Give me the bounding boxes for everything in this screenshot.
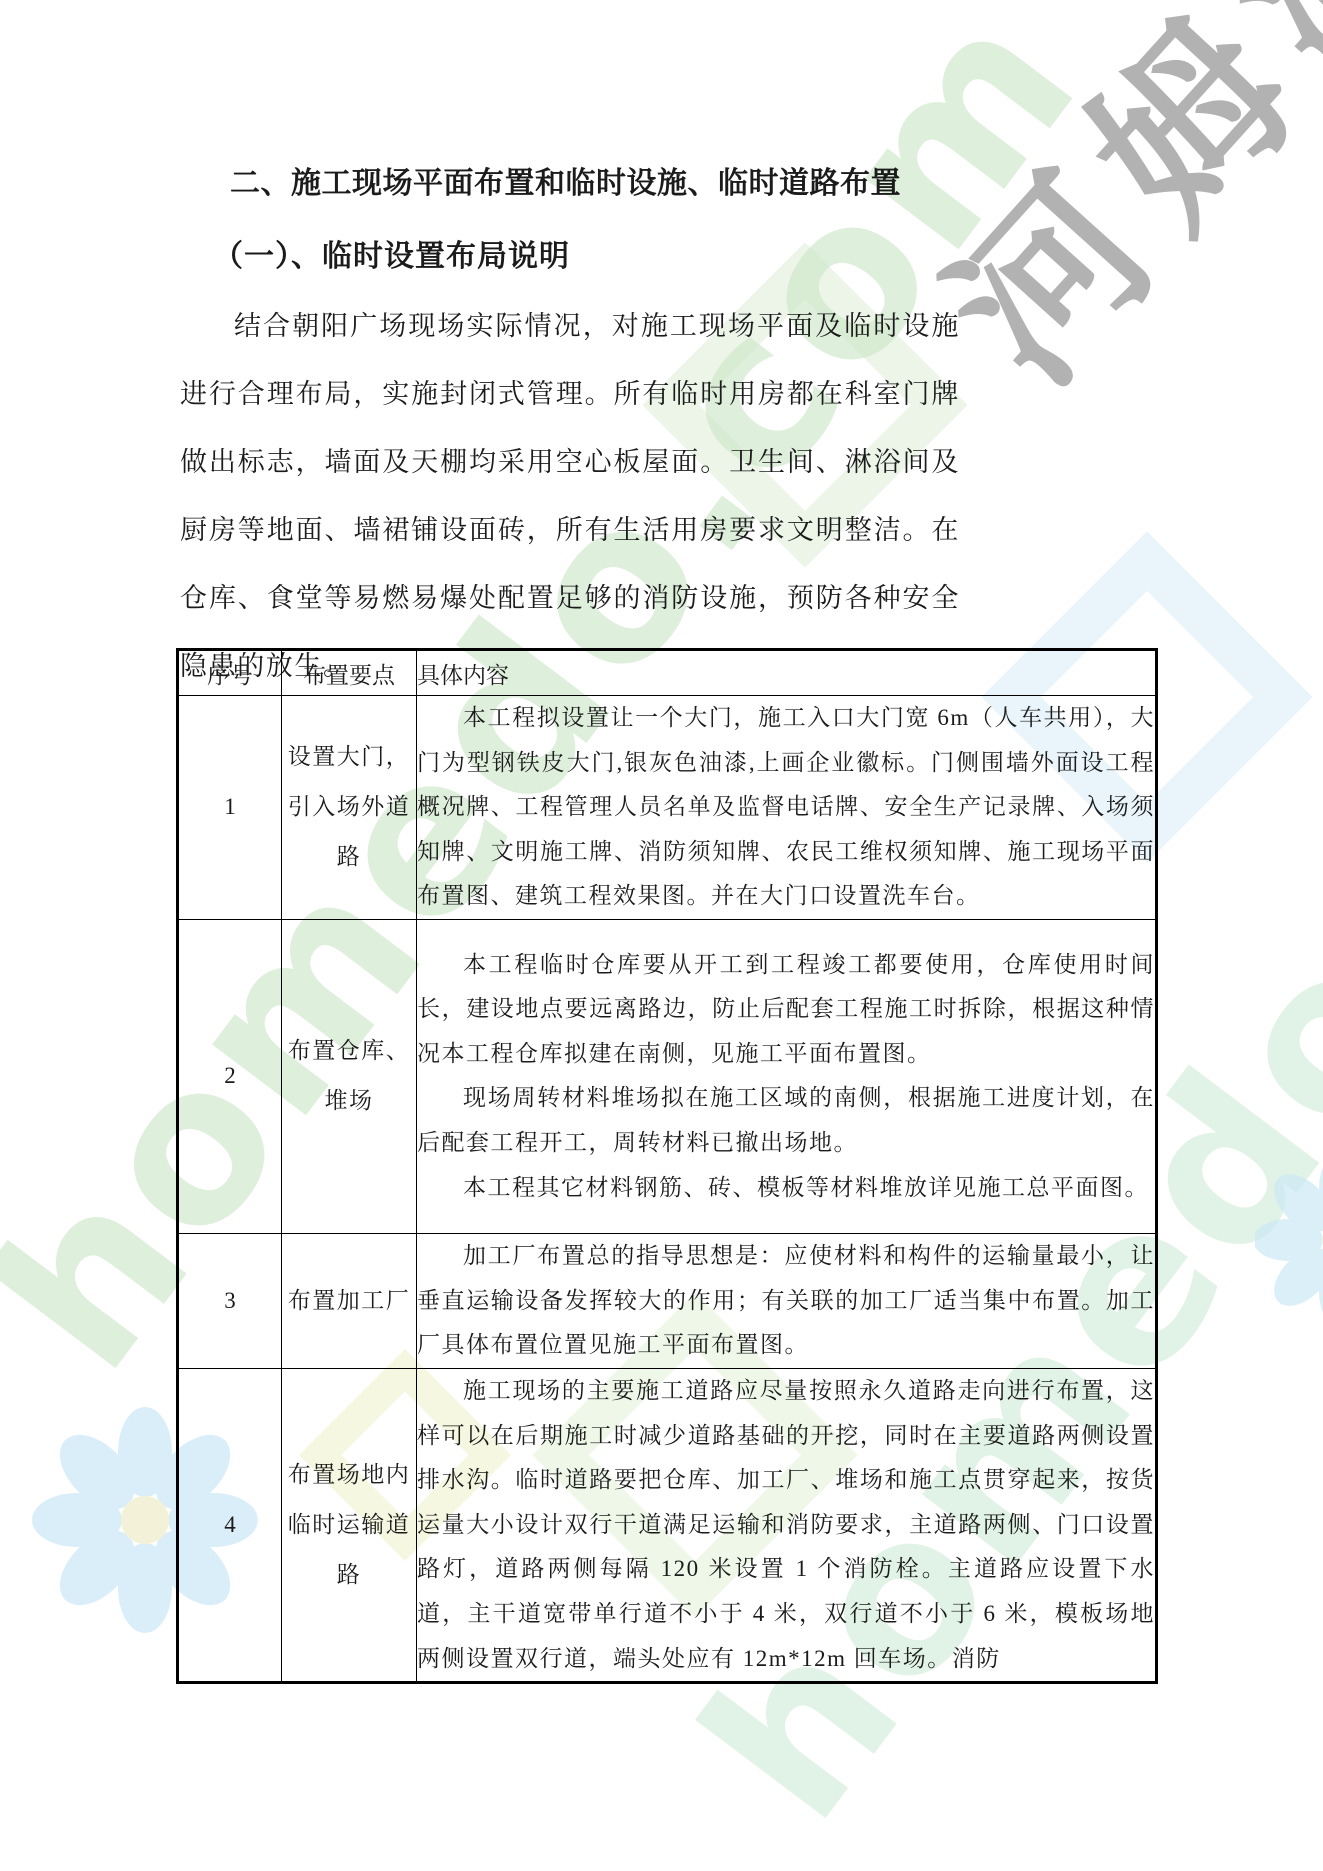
detail-content-cell: 本工程临时仓库要从开工到工程竣工都要使用，仓库使用时间长，建设地点要远离路边，防… bbox=[417, 919, 1157, 1233]
layout-point-cell: 布置加工厂 bbox=[282, 1233, 417, 1368]
detail-paragraph: 施工现场的主要施工道路应尽量按照永久道路走向进行布置，这样可以在后期施工时减少道… bbox=[417, 1369, 1155, 1681]
table-header-row: 序号布置要点具体内容 bbox=[178, 650, 1157, 696]
detail-paragraph: 本工程临时仓库要从开工到工程竣工都要使用，仓库使用时间长，建设地点要远离路边，防… bbox=[417, 943, 1155, 1077]
column-header: 具体内容 bbox=[417, 650, 1157, 696]
layout-point-cell: 设置大门，引入场外道路 bbox=[282, 696, 417, 920]
document-page: homedo.com homedo.com 河姆渡 bbox=[0, 0, 1323, 1871]
column-header: 布置要点 bbox=[282, 650, 417, 696]
detail-content-cell: 加工厂布置总的指导思想是：应使材料和构件的运输量最小，让垂直运输设备发挥较大的作… bbox=[417, 1233, 1157, 1368]
table-row: 1设置大门，引入场外道路本工程拟设置让一个大门，施工入口大门宽 6m（人车共用）… bbox=[178, 696, 1157, 920]
row-number-cell: 3 bbox=[178, 1233, 282, 1368]
detail-paragraph: 本工程拟设置让一个大门，施工入口大门宽 6m（人车共用），大门为型钢铁皮大门,银… bbox=[417, 696, 1155, 919]
detail-paragraph: 加工厂布置总的指导思想是：应使材料和构件的运输量最小，让垂直运输设备发挥较大的作… bbox=[417, 1234, 1155, 1368]
layout-point-cell: 布置仓库、堆场 bbox=[282, 919, 417, 1233]
row-number-cell: 2 bbox=[178, 919, 282, 1233]
site-layout-table: 序号布置要点具体内容 1设置大门，引入场外道路本工程拟设置让一个大门，施工入口大… bbox=[176, 648, 1158, 1684]
detail-paragraph: 现场周转材料堆场拟在施工区域的南侧，根据施工进度计划，在后配套工程开工，周转材料… bbox=[417, 1076, 1155, 1165]
row-number-cell: 4 bbox=[178, 1368, 282, 1682]
column-header: 序号 bbox=[178, 650, 282, 696]
row-number-cell: 1 bbox=[178, 696, 282, 920]
intro-paragraph: 结合朝阳广场现场实际情况，对施工现场平面及临时设施进行合理布局，实施封闭式管理。… bbox=[180, 292, 960, 700]
detail-paragraph: 本工程其它材料钢筋、砖、模板等材料堆放详见施工总平面图。 bbox=[417, 1166, 1155, 1211]
subsection-title: （一）、临时设置布局说明 bbox=[213, 231, 570, 275]
detail-content-cell: 本工程拟设置让一个大门，施工入口大门宽 6m（人车共用），大门为型钢铁皮大门,银… bbox=[417, 696, 1157, 920]
table-row: 3布置加工厂加工厂布置总的指导思想是：应使材料和构件的运输量最小，让垂直运输设备… bbox=[178, 1233, 1157, 1368]
table-row: 2布置仓库、堆场本工程临时仓库要从开工到工程竣工都要使用，仓库使用时间长，建设地… bbox=[178, 919, 1157, 1233]
detail-content-cell: 施工现场的主要施工道路应尽量按照永久道路走向进行布置，这样可以在后期施工时减少道… bbox=[417, 1368, 1157, 1682]
section-title: 二、施工现场平面布置和临时设施、临时道路布置 bbox=[230, 158, 901, 202]
table-row: 4布置场地内临时运输道路施工现场的主要施工道路应尽量按照永久道路走向进行布置，这… bbox=[178, 1368, 1157, 1682]
layout-point-cell: 布置场地内临时运输道路 bbox=[282, 1368, 417, 1682]
document-content: 二、施工现场平面布置和临时设施、临时道路布置 （一）、临时设置布局说明 结合朝阳… bbox=[0, 0, 1323, 1871]
